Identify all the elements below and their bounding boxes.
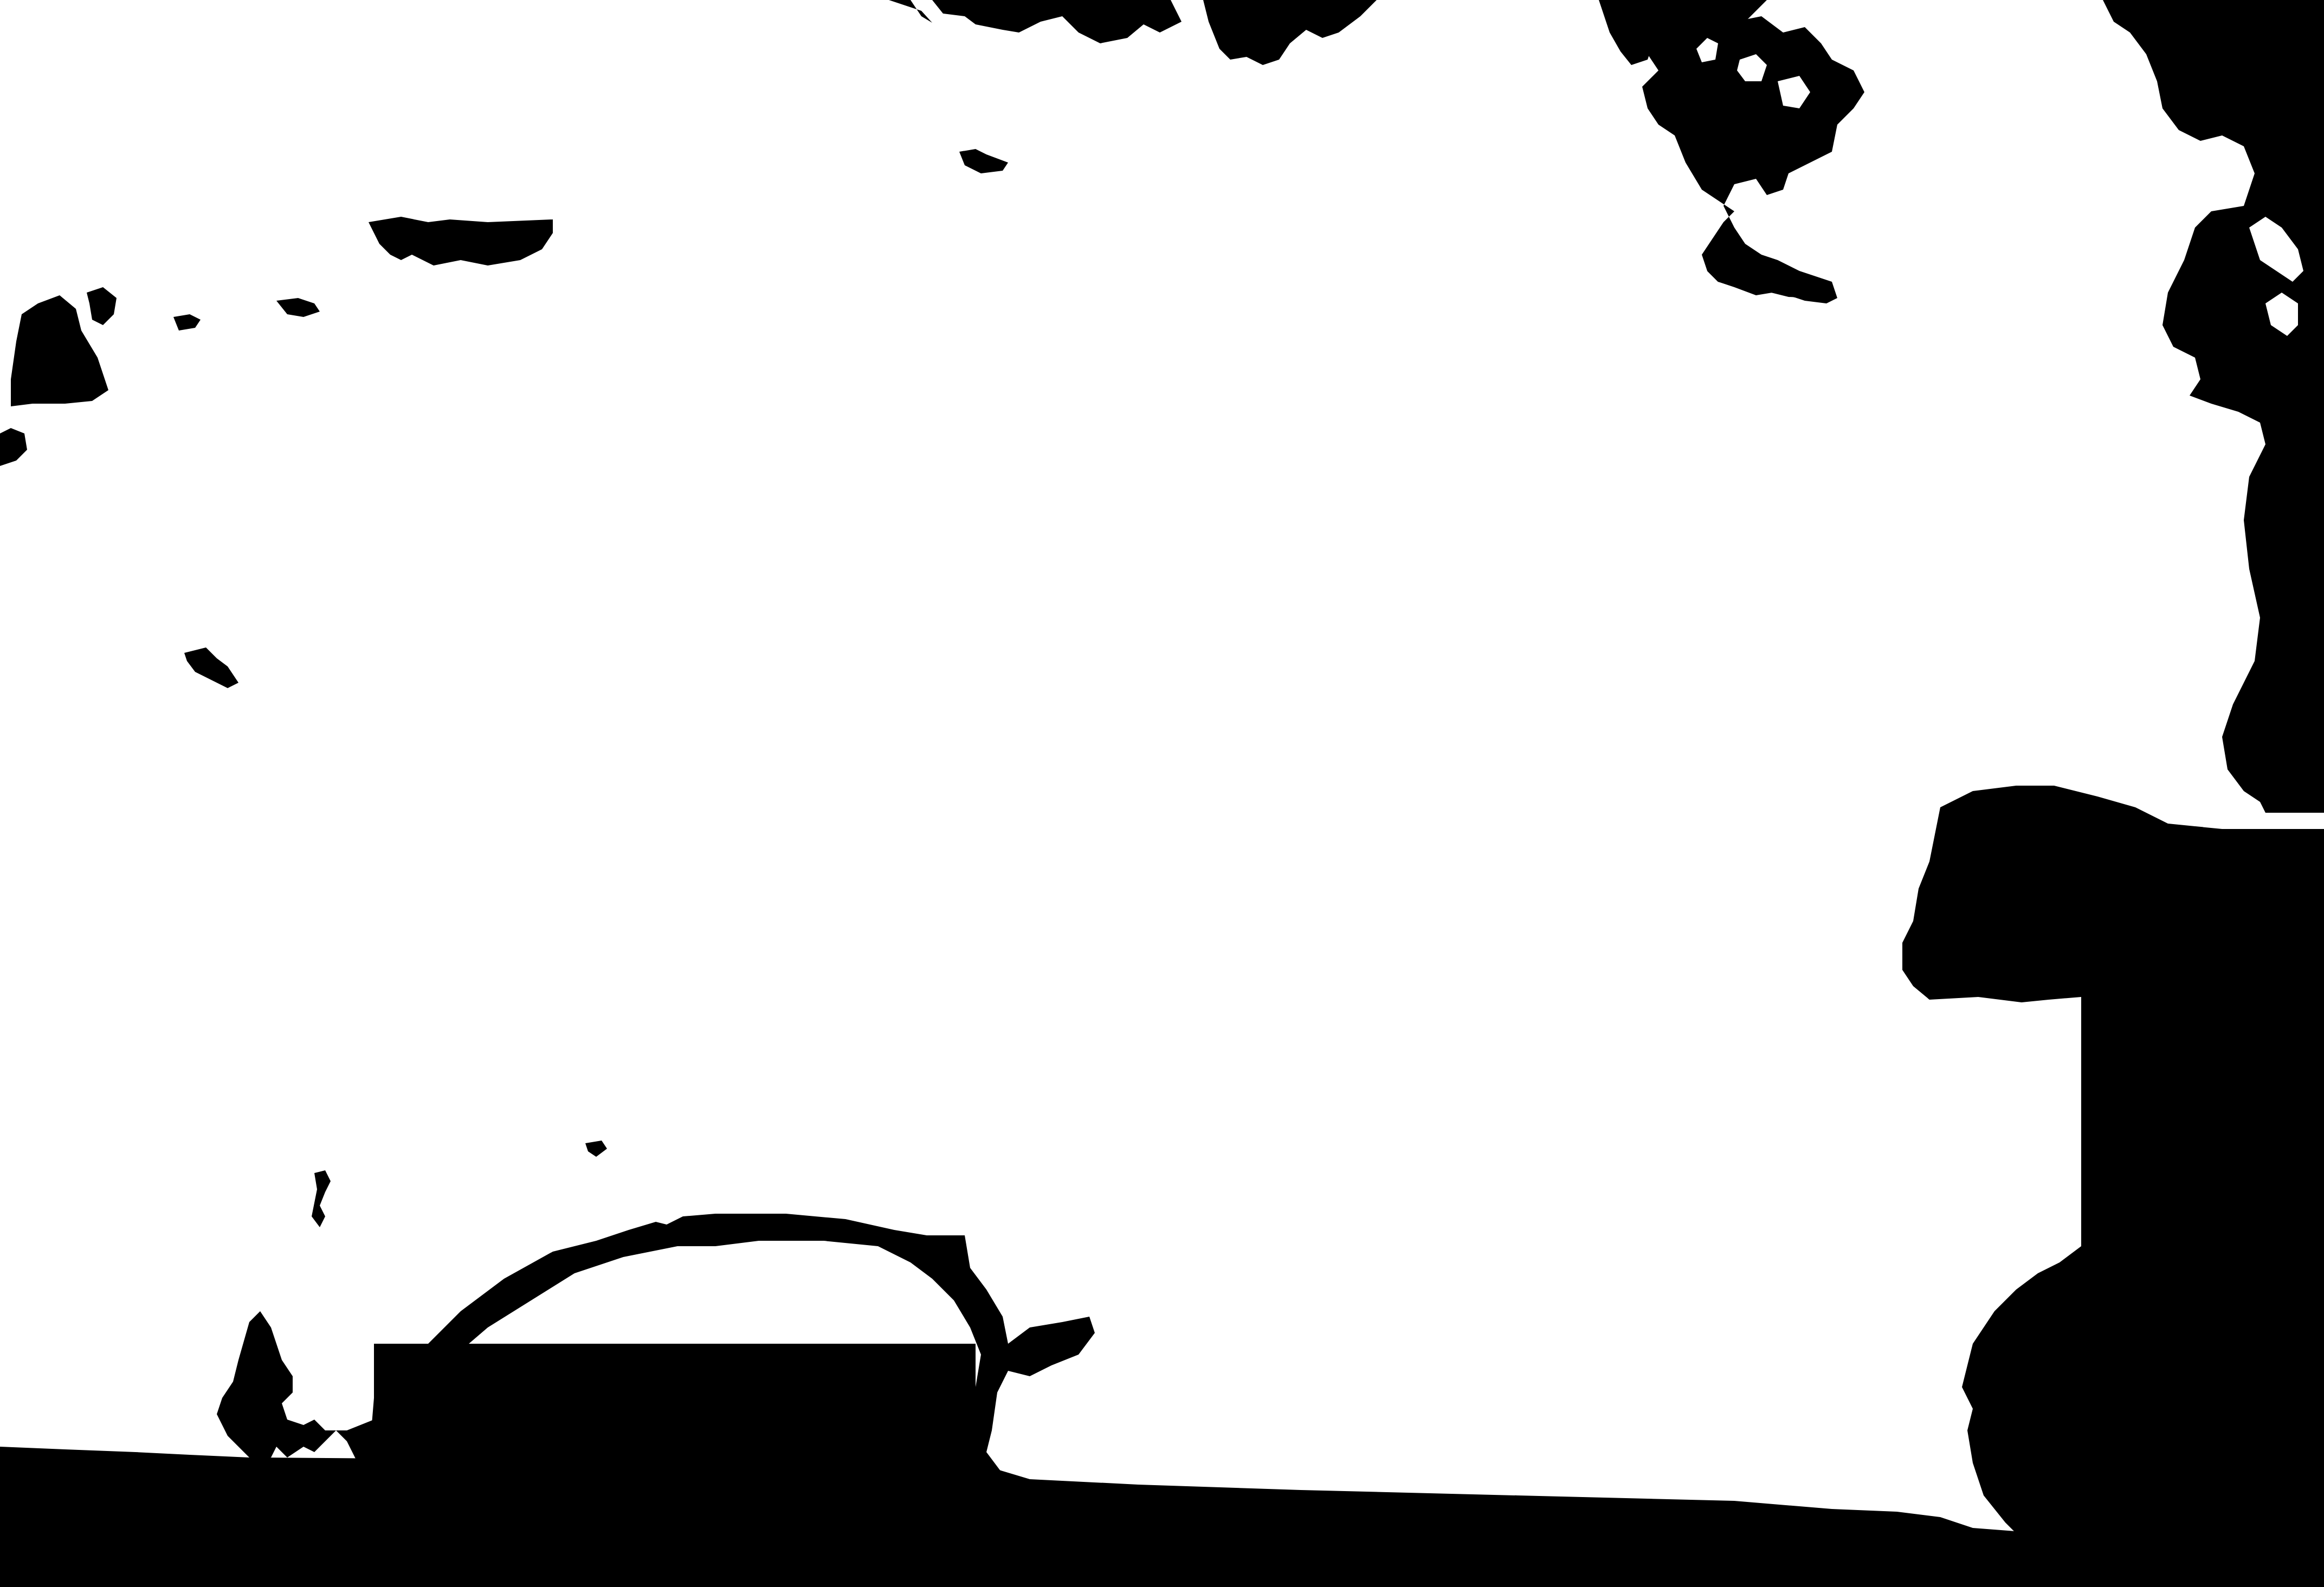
- segmentation-mask: [0, 0, 2324, 1587]
